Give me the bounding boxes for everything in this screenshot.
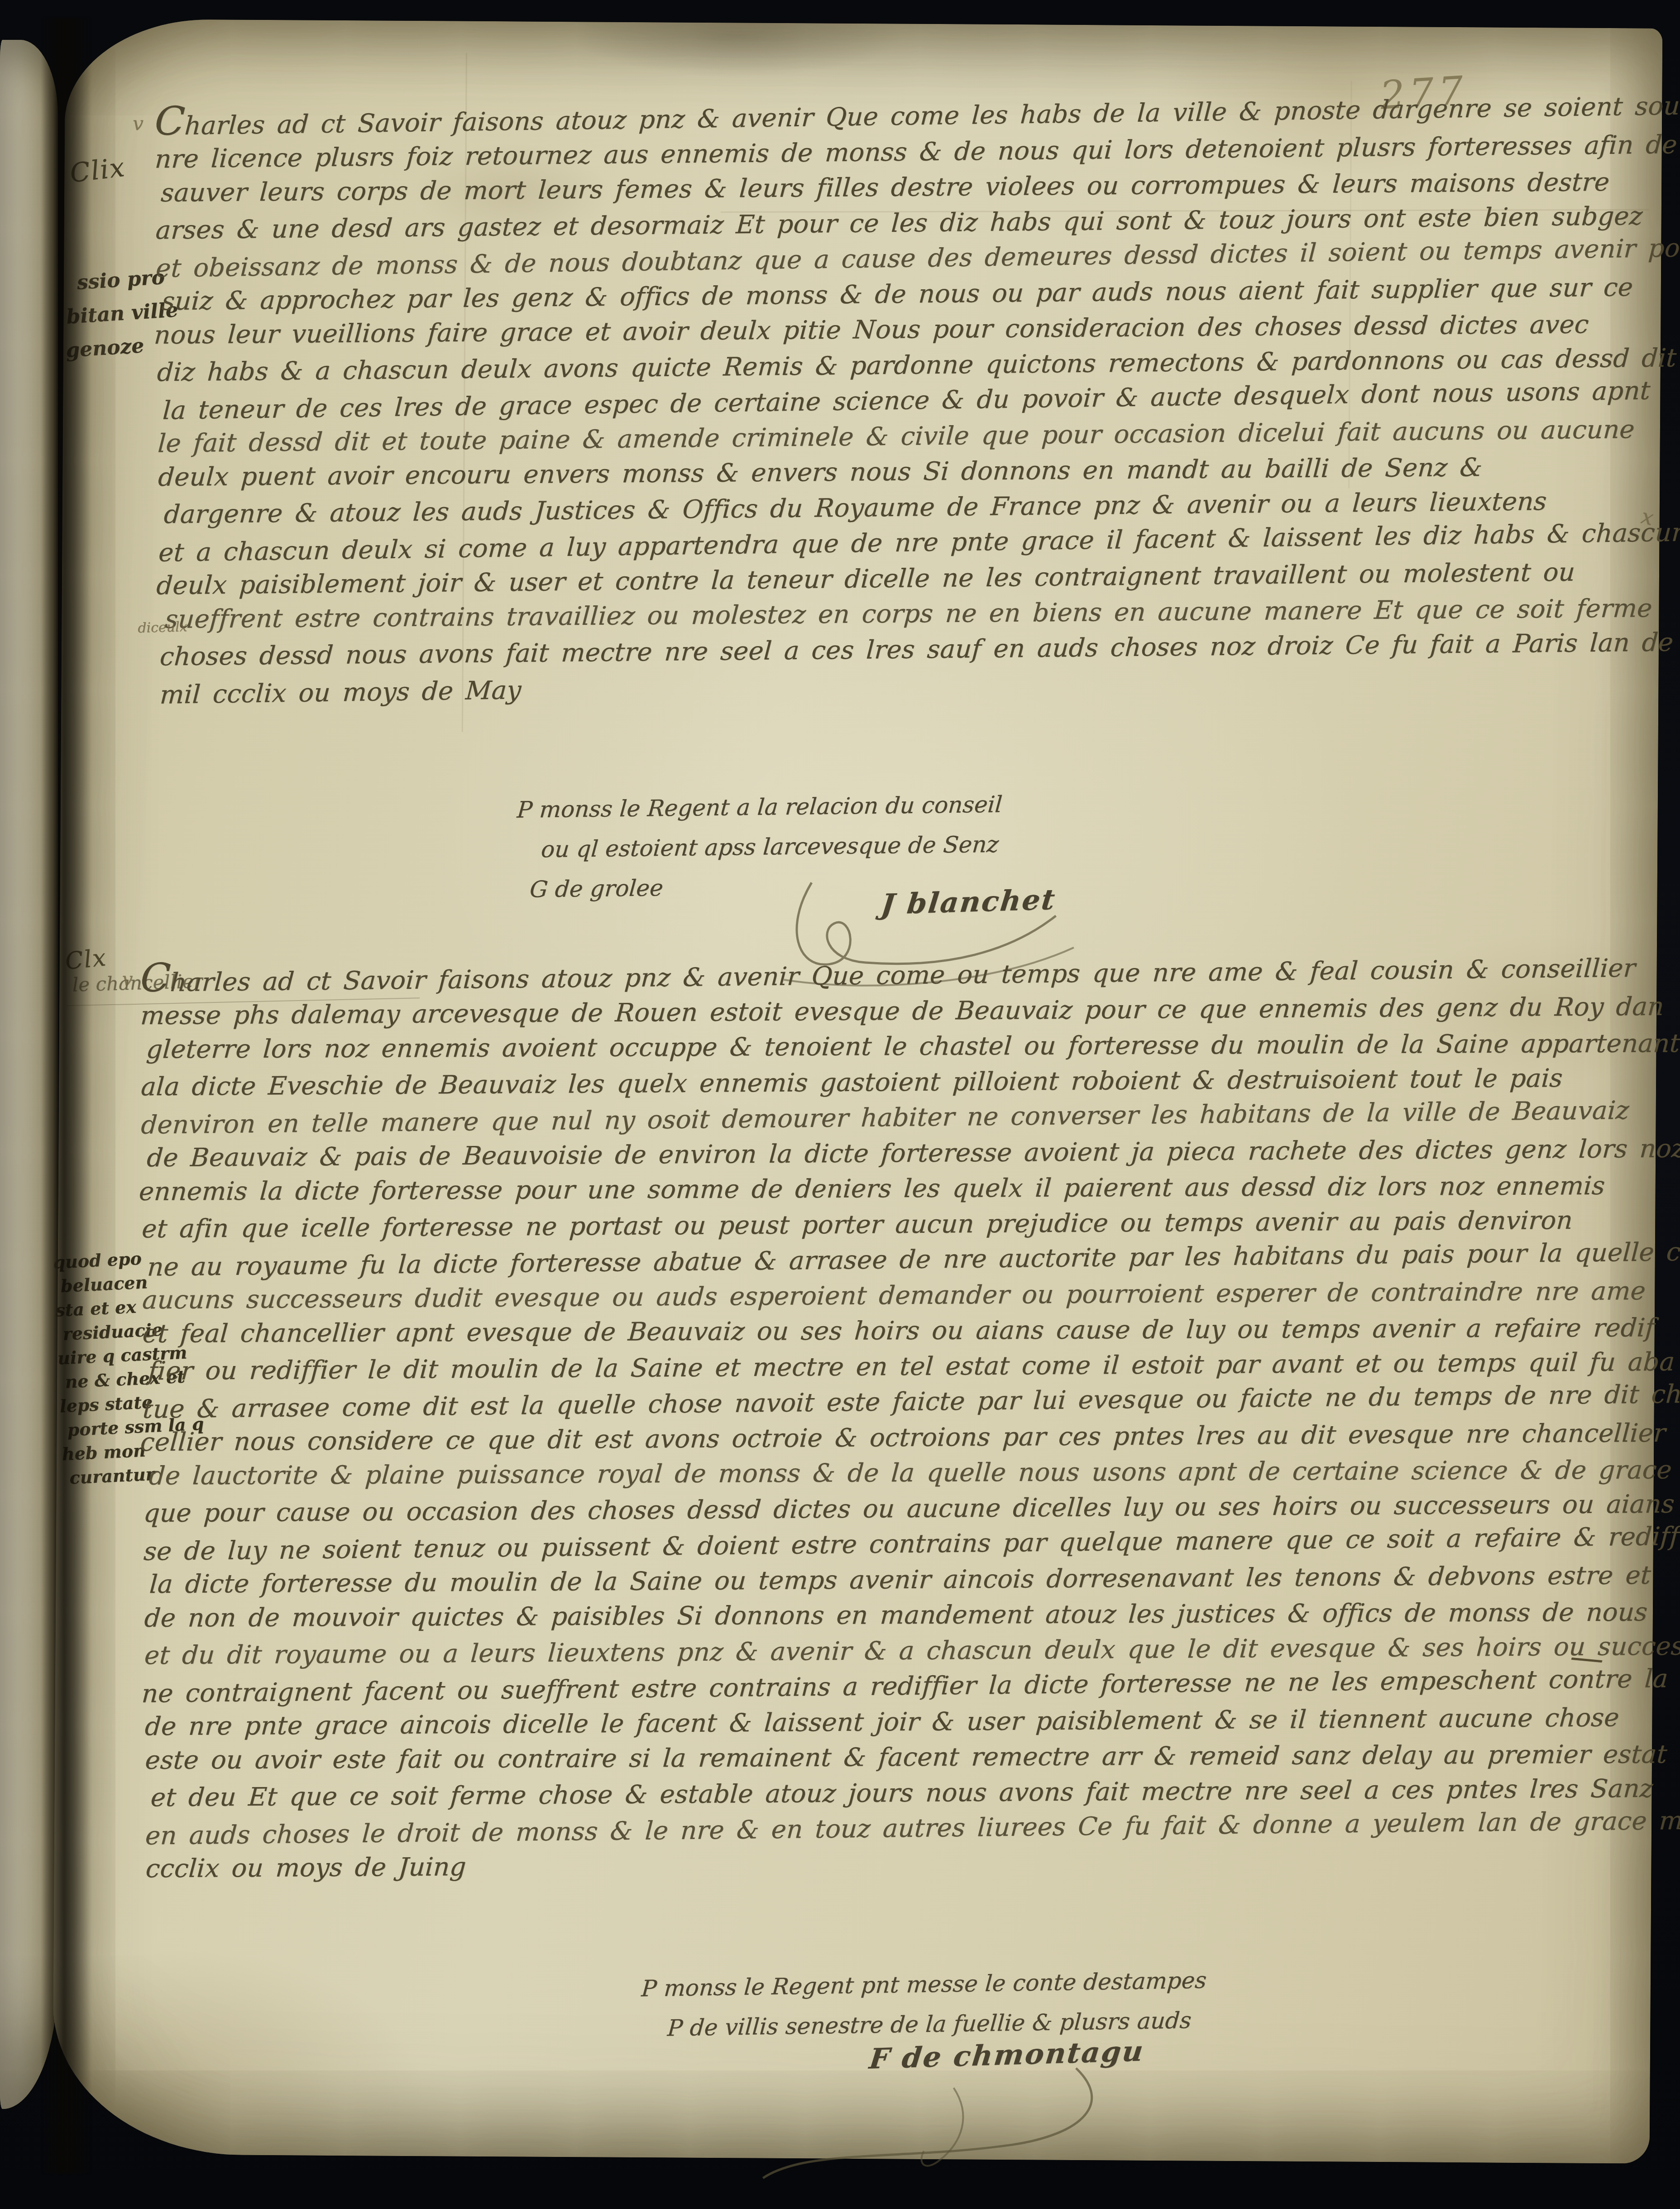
act1-number-roman: Clix	[68, 152, 127, 189]
manuscript-photo: 277 – Clix ssio probitan villegenoze v C…	[0, 0, 1680, 2209]
act2-paragraph-tick: v	[122, 968, 133, 990]
act1-signature: J blanchet	[880, 883, 1058, 921]
interlinear-note: diceulx	[138, 619, 187, 636]
right-margin-dash: —	[1569, 1637, 1604, 1678]
act2-text-block: Charles ad ct Savoir faisons atouz pnz &…	[140, 953, 1653, 1887]
facing-page-edge	[0, 40, 58, 2109]
signature-paraph-flourish	[758, 2060, 1167, 2189]
act2-number-roman: Clx	[64, 944, 108, 975]
manuscript-page: 277 – Clix ssio probitan villegenoze v C…	[53, 19, 1663, 2163]
signoff-line: ou ql estoient apss larcevesque de Senz	[540, 824, 1004, 870]
act1-paragraph-tick: v	[133, 112, 144, 134]
signoff-line: P monss le Regent a la relacion du conse…	[516, 785, 1004, 830]
act1-text-block: Charles ad ct Savoir faisons atouz pnz &…	[154, 91, 1659, 710]
